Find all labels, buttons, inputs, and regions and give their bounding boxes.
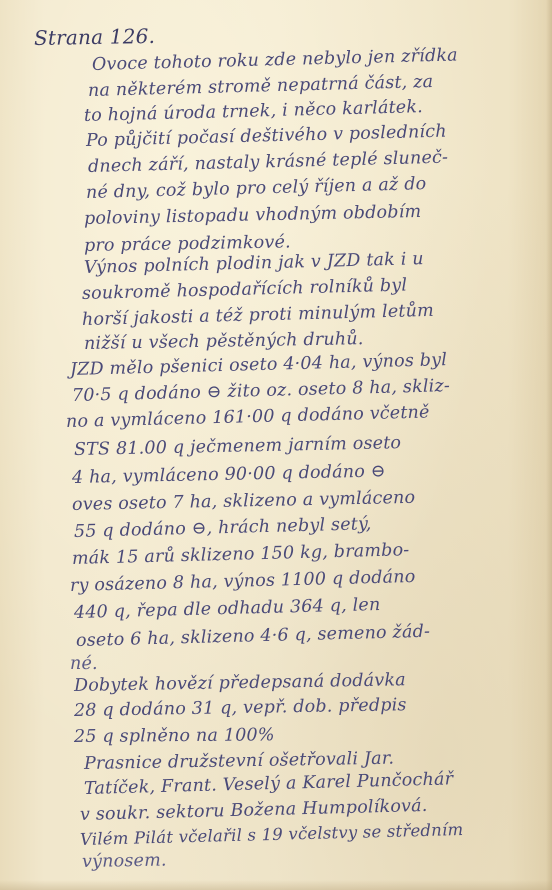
text-line-28: Prasnice družstevní ošetřovali Jar. — [84, 749, 395, 774]
text-line-2: na některém stromě nepatrná část, za — [88, 72, 434, 101]
manuscript-page: Strana 126. Ovoce tohoto roku zde nebylo… — [0, 0, 552, 890]
text-line-18: oves oseto 7 ha, sklizeno a vymláceno — [72, 488, 416, 515]
text-line-29: Tatíček, Frant. Veselý a Karel Punčochář — [84, 769, 454, 799]
text-line-30: v soukr. sektoru Božena Humpolíková. — [80, 796, 428, 825]
text-line-23: oseto 6 ha, sklizeno 4·6 q, semeno žád- — [76, 622, 431, 651]
text-line-7: poloviny listopadu vhodným obdobím — [84, 202, 422, 229]
text-line-1: Ovoce tohoto roku zde nebylo jen zřídka — [92, 45, 458, 75]
text-line-25: Dobytek hovězí předepsaná dodávka — [74, 670, 406, 696]
text-line-11: horší jakosti a též proti minulým letům — [82, 301, 434, 330]
text-line-4: Po půjčití počasí deštivého v posledních — [86, 122, 447, 151]
text-line-6: né dny, což bylo pro celý říjen a až do — [86, 174, 427, 203]
text-line-12: nižší u všech pěstěných druhů. — [84, 329, 364, 354]
text-line-14: 70·5 q dodáno ⊖ žito oz. oseto 8 ha, skl… — [72, 376, 451, 406]
page-bottom-shadow — [0, 880, 552, 890]
text-line-31: Vilém Pilát včelařil s 19 včelstvy se st… — [80, 820, 464, 849]
text-line-20: mák 15 arů sklizeno 150 kg, brambo- — [72, 540, 410, 569]
text-line-26: 28 q dodáno 31 q, vepř. dob. předpis — [74, 695, 407, 721]
text-line-24: né. — [70, 654, 98, 674]
text-line-3: to hojná úroda trnek, i něco karlátek. — [84, 97, 423, 126]
text-line-17: 4 ha, vymláceno 90·00 q dodáno ⊖ — [72, 461, 386, 488]
text-line-19: 55 q dodáno ⊖, hrách nebyl setý, — [74, 514, 372, 542]
text-line-15: no a vymláceno 161·00 q dodáno včetně — [66, 402, 430, 432]
text-line-21: ry osázeno 8 ha, výnos 1100 q dodáno — [70, 567, 416, 596]
text-line-27: 25 q splněno na 100% — [74, 725, 275, 747]
text-line-32: výnosem. — [82, 851, 167, 872]
text-line-16: STS 81.00 q ječmenem jarním oseto — [74, 433, 402, 460]
text-line-5: dnech září, nastaly krásné teplé sluneč- — [88, 148, 449, 177]
page-heading: Strana 126. — [34, 24, 156, 50]
text-line-13: JZD mělo pšenici oseto 4·04 ha, výnos by… — [70, 350, 448, 380]
page-edge-shadow — [546, 0, 552, 890]
text-line-22: 440 q, řepa dle odhadu 364 q, len — [74, 595, 381, 623]
text-line-10: soukromě hospodařících rolníků byl — [82, 275, 408, 304]
